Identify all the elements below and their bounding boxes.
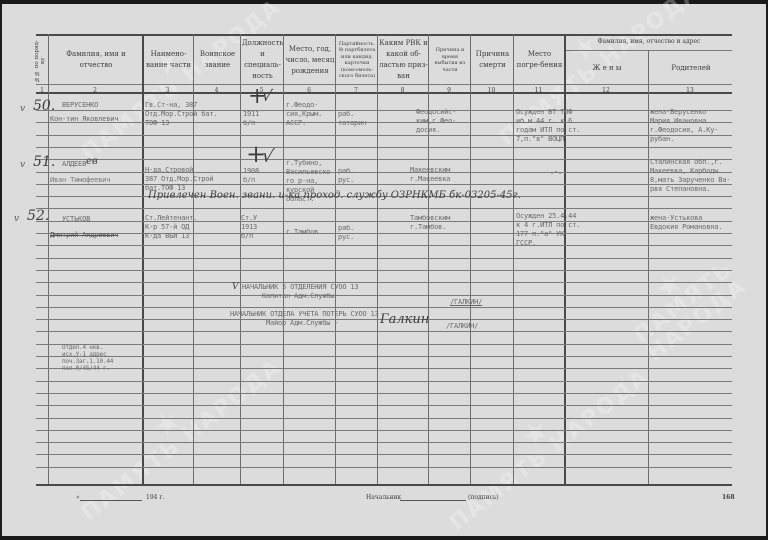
check-mark: v: [20, 104, 25, 114]
surname-correction: ев: [86, 156, 98, 167]
chief-label: Начальник: [366, 494, 401, 501]
archival-document-sheet: ★ПАМЯТЬ НАРОДА ★ПАМЯТЬ НАРОДА ★ПАМЯТЬ НА…: [0, 0, 768, 540]
parents: Сталинская обл.,г. Макеевка, Карбоды 8,м…: [650, 158, 730, 194]
header-col8: Каким РВК и какой об-ластью приз-ван: [379, 36, 428, 84]
parents: жена-Верусенко Мария Ивановна г.Феодосия…: [650, 108, 718, 144]
signature-name-2: /ГАЛКИН/: [446, 322, 478, 331]
row-line: [36, 430, 732, 431]
signature-line-1: НАЧАЛЬНИК 5 ОТДЕЛЕНИЯ СУОО 13: [242, 283, 358, 292]
row-line: [36, 381, 732, 382]
signature-line-3: НАЧАЛЬНИК ОТДЕЛА УЧЕТА ПОТЕРЬ СУОО 13: [230, 310, 379, 319]
row-line: [36, 172, 732, 173]
row-line: [36, 122, 732, 123]
col-number: 10: [470, 87, 513, 94]
signature-line-4: Майор Адм.Службы -: [266, 319, 338, 328]
position: 1911 б/п: [243, 110, 259, 128]
row-line: [36, 467, 732, 468]
row-line: [36, 135, 732, 136]
surname: АЛДЕЕВ: [62, 160, 86, 169]
col-number: 3: [142, 87, 193, 94]
row-line: [36, 405, 732, 406]
header-col5: Должность и специаль-ность: [242, 36, 283, 84]
row-line: [36, 221, 732, 222]
col-number: 4: [193, 87, 240, 94]
birth-place: г.Феодо- сия,Крым. АССР.: [286, 101, 322, 128]
handwritten-signature: Галкин: [380, 312, 429, 327]
record-number: 50.: [33, 98, 55, 114]
signature-line-2: Капитан Адм.Службы -: [262, 292, 342, 301]
rvk: Тамбовским г.Тамбов.: [410, 214, 450, 232]
header-col7: Партийность. № партбилета или кандид. ка…: [337, 36, 377, 84]
row-line: [36, 368, 732, 369]
given-name: Кон-тин Яковлевич: [50, 115, 118, 124]
header-col2: Фамилия, имя и отчество: [50, 36, 142, 84]
given-name: Дмитрий Андреевич: [50, 231, 118, 240]
margin-note: Отдел.4 нкв. исх.У-1 адрес поч.Заг.1.10.…: [62, 344, 113, 372]
check-mark: v: [20, 160, 25, 170]
record-number: 52.: [27, 208, 49, 224]
check-mark: √: [260, 145, 275, 168]
party: раб. рус.: [338, 167, 354, 185]
page-number: 168: [722, 494, 735, 501]
header-bottom-border: [36, 84, 732, 85]
check-mark: v: [14, 214, 19, 224]
row-line: [36, 295, 732, 296]
row-line: [36, 159, 732, 160]
table-bottom-border: [36, 484, 732, 486]
burial-place: Осужден ВТ ТОФ иб.м.44 г. к 6 годам ИТЛ …: [516, 108, 580, 144]
row-line: [36, 442, 732, 443]
party: раб. татарин: [338, 110, 366, 128]
date-line: [80, 500, 142, 501]
handwritten-annotation: Привлечен Воен. звани. и-ка проход. служ…: [148, 190, 521, 201]
col-number: 8: [377, 87, 428, 94]
col-number: 1: [36, 87, 48, 94]
unit: Ст.Лейтенант. К-р 57-й ОД К-да ВБИ 13: [145, 214, 197, 241]
row-line: [36, 307, 732, 308]
given-name: Иван Тимофеевич: [50, 176, 110, 185]
row-line: [36, 270, 732, 271]
row-line: [36, 233, 732, 234]
scan-border-top: [0, 0, 768, 4]
header-col1: №№ по поряд-ку: [34, 40, 44, 82]
row-line: [36, 418, 732, 419]
col-divider: [648, 50, 649, 486]
row-line: [36, 356, 732, 357]
row-line: [36, 344, 732, 345]
scan-border-bottom: [0, 536, 768, 540]
col-number: 11: [513, 87, 564, 94]
col-number: 2: [48, 87, 142, 94]
rvk: Феодосийс- ким,г.Фео- досия.: [416, 108, 456, 135]
signature-name-1: /ГАЛКИН/: [450, 298, 482, 307]
rvk: Макеевским г.Макеевка: [410, 166, 450, 184]
unit: Н-да.Стровой 387 Отд.Мор.Строй бат.ТОФ 1…: [145, 166, 213, 193]
col-number: 9: [428, 87, 470, 94]
watermark: ★ПАМЯТЬ НАРОДА: [597, 225, 768, 380]
col-number: 12: [564, 87, 648, 94]
header-col12-13-group: Фамилия, имя, отчество и адрес: [566, 35, 732, 50]
row-line: [36, 454, 732, 455]
parents: жена-Устькова Евдокия Романовна.: [650, 214, 722, 232]
position: 1908 б/п: [243, 167, 259, 185]
unit: Гв.Ст-на, 387 Отд.Мор.Строй бат. ТОФ 13: [145, 101, 217, 128]
birth-place: г.Тамбов: [286, 228, 318, 237]
burial-place: Осужден 25.4.44 к 4 г.ИТЛ по ст. 177 п."…: [516, 212, 580, 248]
check-mark: √: [260, 85, 273, 105]
row-line: [36, 393, 732, 394]
header-col10: Причина смерти: [472, 36, 513, 84]
row-line: [36, 147, 732, 148]
signature-check: V: [232, 282, 239, 292]
col-number: 7: [335, 87, 377, 94]
header-col11: Место погре-бения: [515, 36, 564, 84]
col-number: 6: [283, 87, 335, 94]
header-col6: Место, год, число, месяц рождения: [285, 36, 335, 84]
signature-line: [400, 500, 466, 501]
header-col13: Родителей: [650, 52, 732, 84]
signature-label: (подпись): [468, 494, 499, 501]
row-line: [36, 184, 732, 185]
header-col12: Ж е н ы: [566, 52, 648, 84]
col-number: 13: [648, 87, 732, 94]
row-line: [36, 282, 732, 283]
row-line: [36, 331, 732, 332]
header-col9: Причина и время выбытия из части: [430, 36, 470, 84]
header-col4: Воинское звание: [195, 36, 240, 84]
burial-place: -"-: [550, 170, 562, 179]
row-line: [36, 110, 732, 111]
date-year: 194 г.: [146, 494, 164, 501]
row-line: [36, 245, 732, 246]
row-line: [36, 208, 732, 209]
position: Ст.У 1913 б/п: [241, 214, 257, 241]
party: раб. рус.: [338, 224, 354, 242]
header-col3: Наимено-вание части: [144, 36, 193, 84]
surname: УСТЬКОВ: [62, 215, 90, 224]
row-line: [36, 258, 732, 259]
record-number: 51.: [33, 154, 55, 170]
surname: ВЕРУСЕНКО: [62, 101, 98, 110]
